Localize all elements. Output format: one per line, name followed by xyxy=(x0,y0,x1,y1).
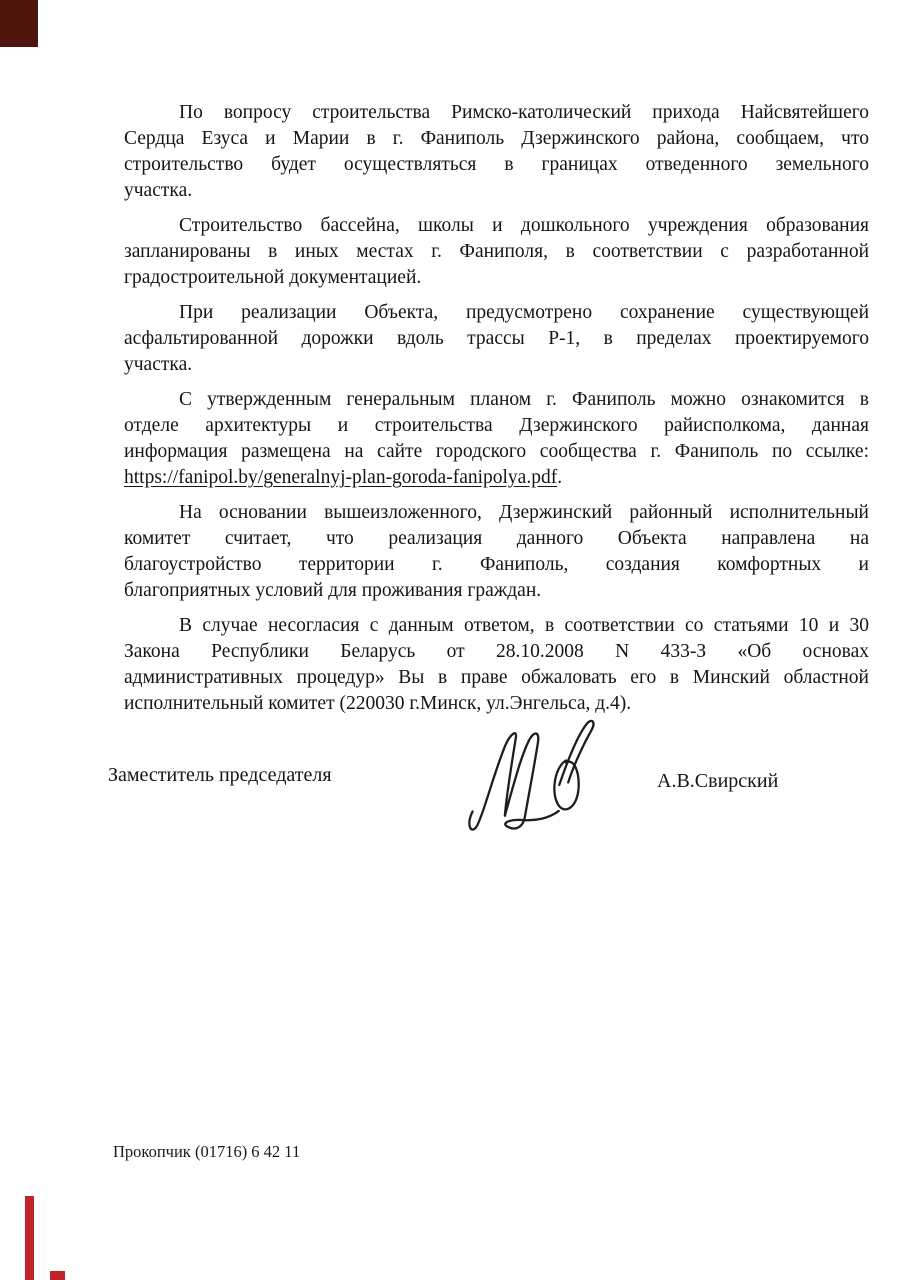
handwritten-signature-icon xyxy=(460,718,616,841)
text-line: Строительство бассейна, школы и дошкольн… xyxy=(124,213,869,239)
text-line: комитет считает, что реализация данного … xyxy=(124,526,869,552)
text-line: административных процедур» Вы в праве об… xyxy=(124,665,869,691)
scan-edge-tick xyxy=(50,1271,65,1280)
paragraph: С утвержденным генеральным планом г. Фан… xyxy=(124,387,869,491)
text-line: запланированы в иных местах г. Фаниполя,… xyxy=(124,239,869,265)
document-page: По вопросу строительства Римско-католиче… xyxy=(0,0,904,1280)
text-line: Сердца Езуса и Марии в г. Фаниполь Дзерж… xyxy=(124,126,869,152)
text-line: На основании вышеизложенного, Дзержински… xyxy=(124,500,869,526)
text-line: исполнительный комитет (220030 г.Минск, … xyxy=(124,691,869,717)
paragraph: Строительство бассейна, школы и дошкольн… xyxy=(124,213,869,291)
text-line: благоустройство территории г. Фаниполь, … xyxy=(124,552,869,578)
scan-corner-mark xyxy=(0,0,38,47)
paragraph: По вопросу строительства Римско-католиче… xyxy=(124,100,869,204)
scan-edge-bar xyxy=(25,1196,34,1280)
text-line: https://fanipol.by/generalnyj-plan-gorod… xyxy=(124,465,869,491)
text-line: участка. xyxy=(124,178,869,204)
text-line: отделе архитектуры и строительства Дзерж… xyxy=(124,413,869,439)
document-body: По вопросу строительства Римско-католиче… xyxy=(124,100,869,726)
executor-contact: Прокопчик (01716) 6 42 11 xyxy=(113,1142,300,1162)
text-line: информация размещена на сайте городского… xyxy=(124,439,869,465)
text-line: По вопросу строительства Римско-католиче… xyxy=(124,100,869,126)
text-line: Закона Республики Беларусь от 28.10.2008… xyxy=(124,639,869,665)
text-line: градостроительной документацией. xyxy=(124,265,869,291)
paragraph: При реализации Объекта, предусмотрено со… xyxy=(124,300,869,378)
text-line: асфальтированной дорожки вдоль трассы Р-… xyxy=(124,326,869,352)
text-line: участка. xyxy=(124,352,869,378)
text-line: строительство будет осуществляться в гра… xyxy=(124,152,869,178)
general-plan-url-link[interactable]: https://fanipol.by/generalnyj-plan-gorod… xyxy=(124,467,557,488)
signature-position-title: Заместитель председателя xyxy=(108,764,332,787)
text-line: С утвержденным генеральным планом г. Фан… xyxy=(124,387,869,413)
paragraph: На основании вышеизложенного, Дзержински… xyxy=(124,500,869,604)
signatory-name: А.В.Свирский xyxy=(657,770,778,793)
text-line: При реализации Объекта, предусмотрено со… xyxy=(124,300,869,326)
paragraph: В случае несогласия с данным ответом, в … xyxy=(124,613,869,717)
text-line: благоприятных условий для проживания гра… xyxy=(124,578,869,604)
text-line: В случае несогласия с данным ответом, в … xyxy=(124,613,869,639)
